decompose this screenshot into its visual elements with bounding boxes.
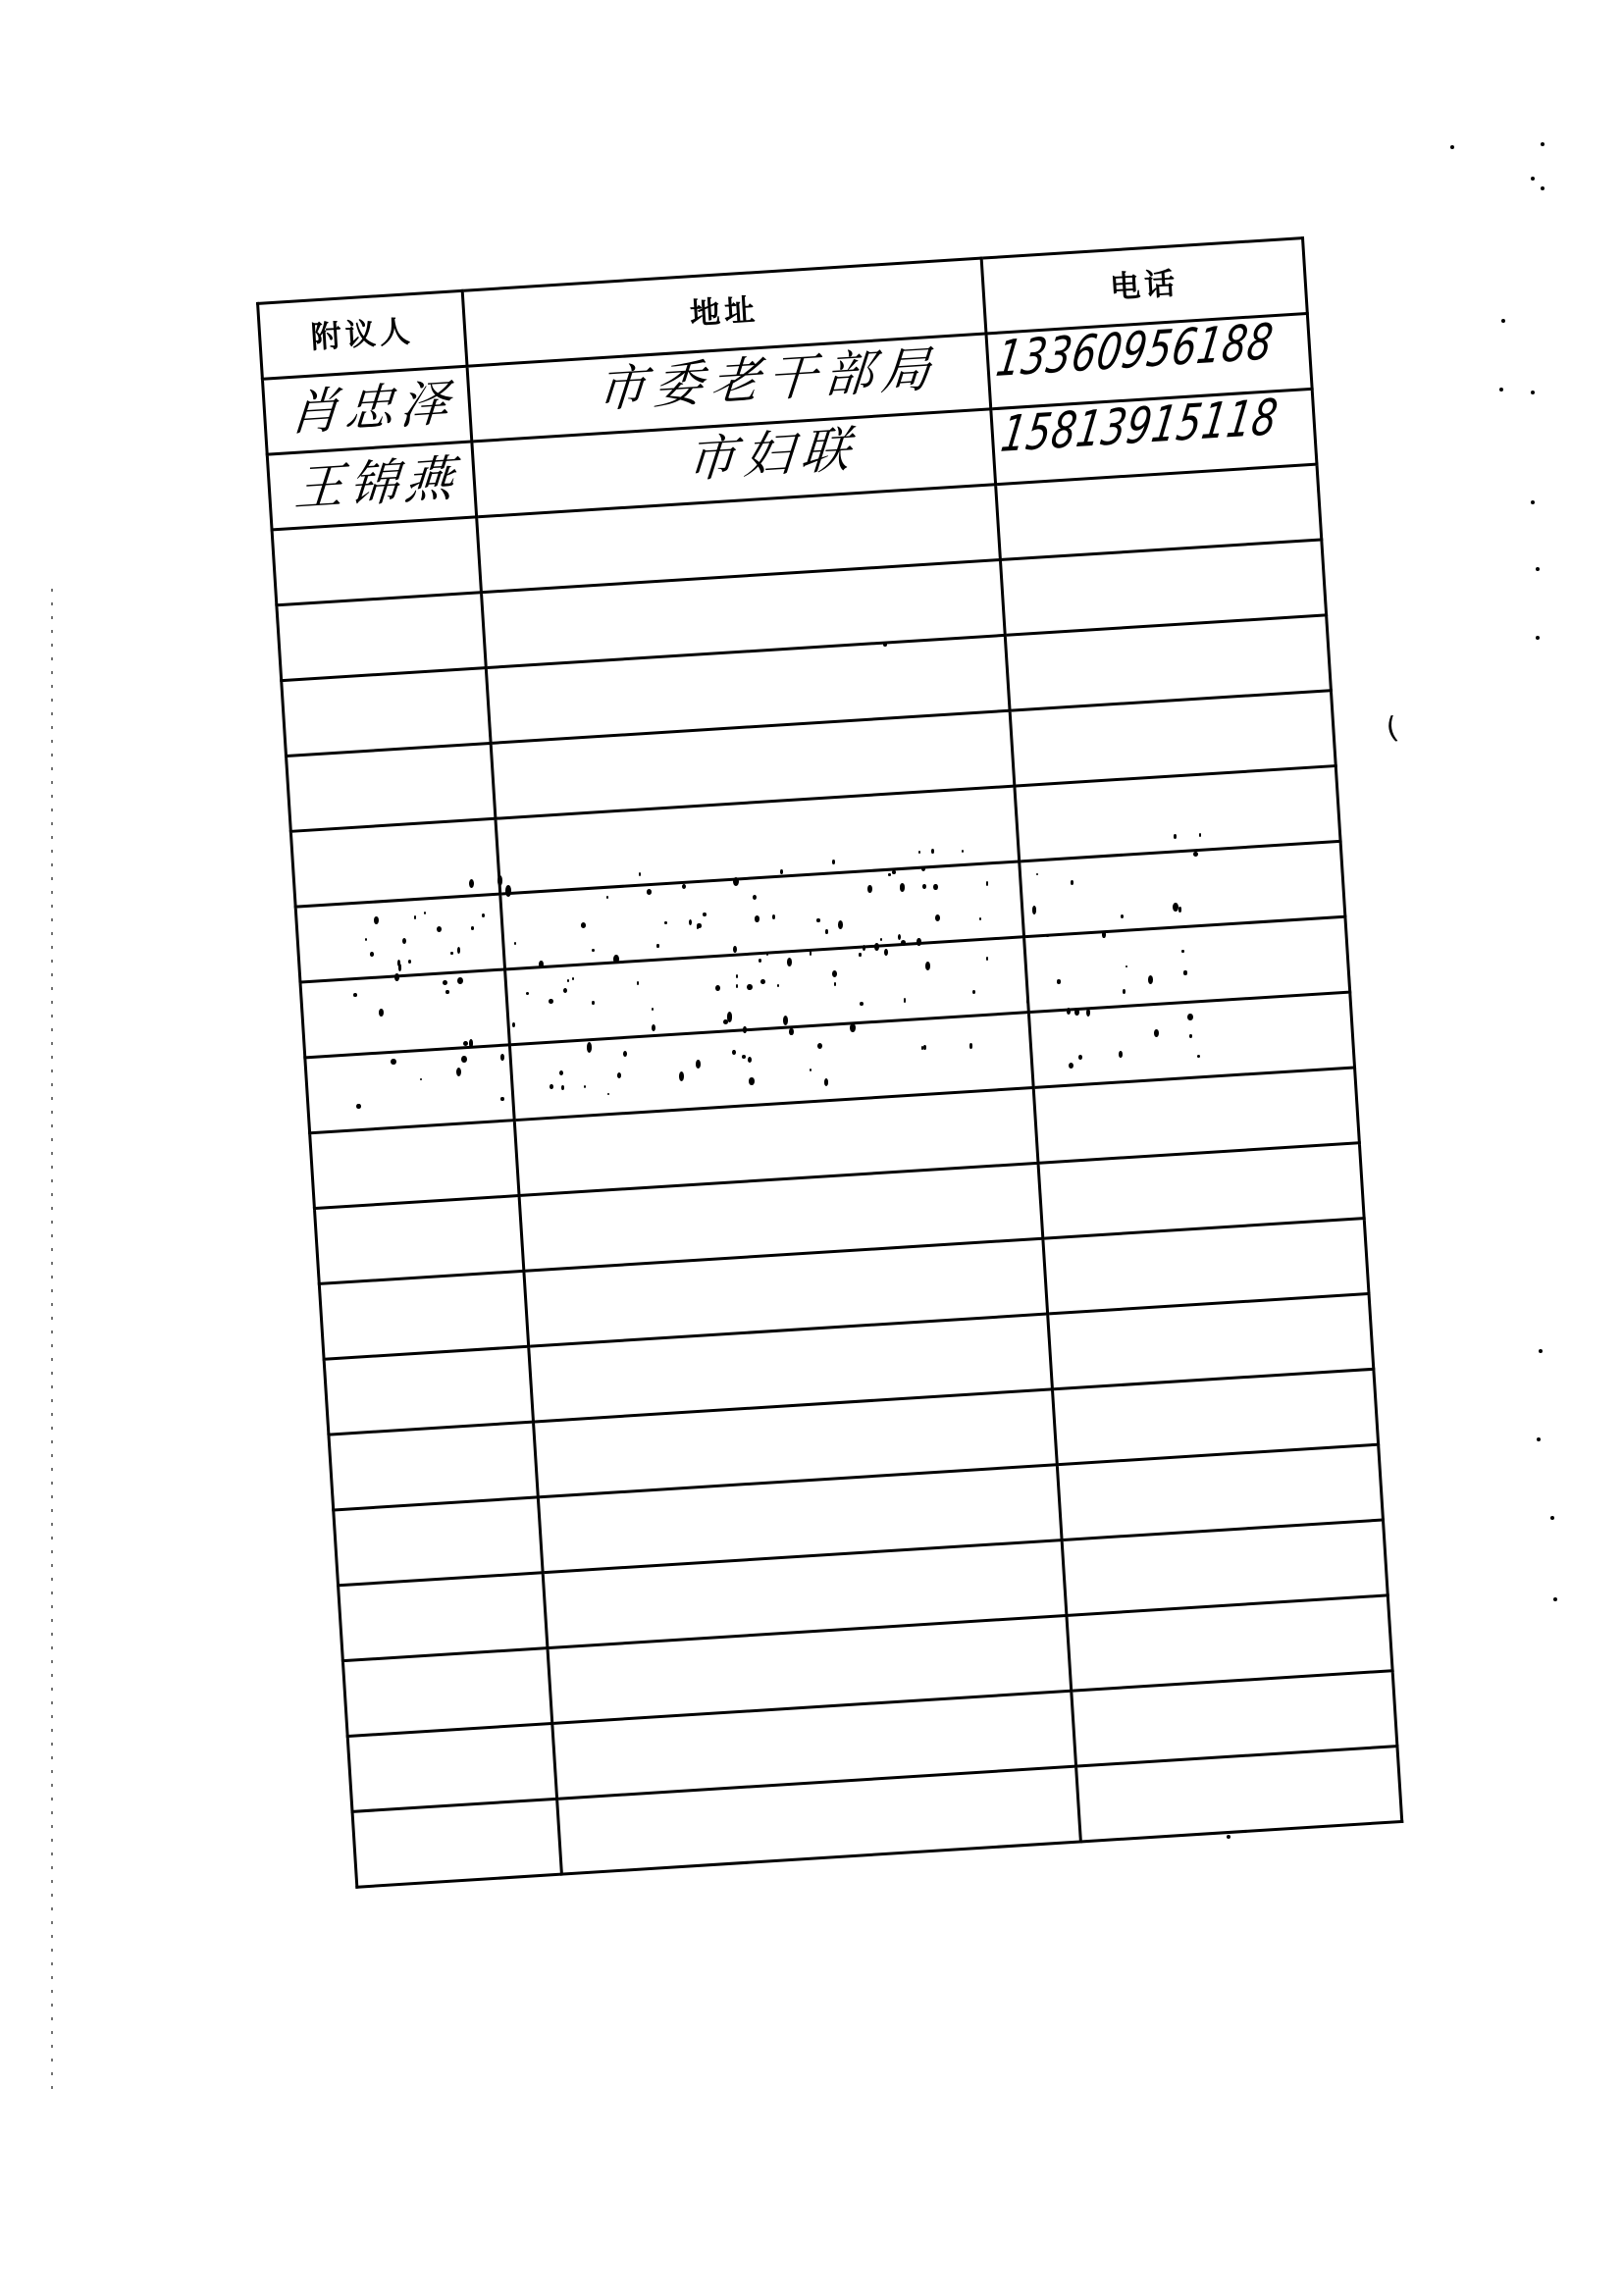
cosigner-table: 附议人 地址 电话 肖忠泽市委老干部局13360956188王锦燕市妇联1581… (256, 236, 1403, 1889)
noise-speck (1536, 636, 1540, 640)
cell-name (352, 1799, 561, 1887)
cell-name (319, 1271, 528, 1359)
noise-speck (1531, 177, 1535, 181)
noise-speck (1536, 567, 1540, 571)
cell-name (314, 1196, 523, 1284)
noise-speck (1501, 319, 1505, 323)
scanner-edge-artifact (51, 589, 53, 2100)
noise-speck (1531, 391, 1535, 394)
cell-name (300, 969, 509, 1058)
cell-name (272, 517, 481, 605)
noise-speck (1541, 142, 1544, 146)
noise-speck (1550, 1516, 1554, 1520)
cell-name (277, 593, 486, 681)
header-cosigner-label: 附议人 (310, 314, 415, 356)
noise-speck (1227, 1835, 1230, 1839)
cell-name: 王锦燕 (267, 442, 476, 530)
table-body: 肖忠泽市委老干部局13360956188王锦燕市妇联15813915118 (262, 313, 1401, 1887)
noise-speck (1553, 1597, 1557, 1601)
noise-speck (1539, 1349, 1543, 1353)
margin-pen-mark: ( (1384, 713, 1400, 745)
cell-name (287, 743, 496, 831)
cell-name (290, 818, 499, 907)
noise-speck (1499, 388, 1503, 391)
header-address-label: 地址 (689, 291, 759, 331)
cell-name (342, 1648, 551, 1737)
handwritten-name: 肖忠泽 (288, 363, 457, 444)
noise-speck (1531, 500, 1535, 504)
cell-name (310, 1121, 519, 1209)
cell-name (282, 668, 491, 757)
cell-name (305, 1045, 514, 1133)
cell-name (324, 1346, 533, 1435)
noise-speck (1537, 1437, 1541, 1441)
cell-name (347, 1723, 556, 1811)
cell-name (295, 894, 504, 982)
noise-speck (1541, 186, 1544, 190)
cosigner-table-container: 附议人 地址 电话 肖忠泽市委老干部局13360956188王锦燕市妇联1581… (256, 236, 1400, 1889)
cell-name (329, 1422, 538, 1510)
scanned-page: ( 附议人 地址 电话 肖忠泽市委老干部局13360956188王锦燕市妇联15… (0, 0, 1623, 2296)
noise-speck (1450, 145, 1454, 149)
handwritten-name: 王锦燕 (292, 439, 462, 520)
cell-name (339, 1573, 548, 1661)
header-phone-label: 电话 (1109, 266, 1179, 305)
cell-name (334, 1497, 543, 1586)
handwritten-address: 市妇联 (684, 410, 860, 492)
